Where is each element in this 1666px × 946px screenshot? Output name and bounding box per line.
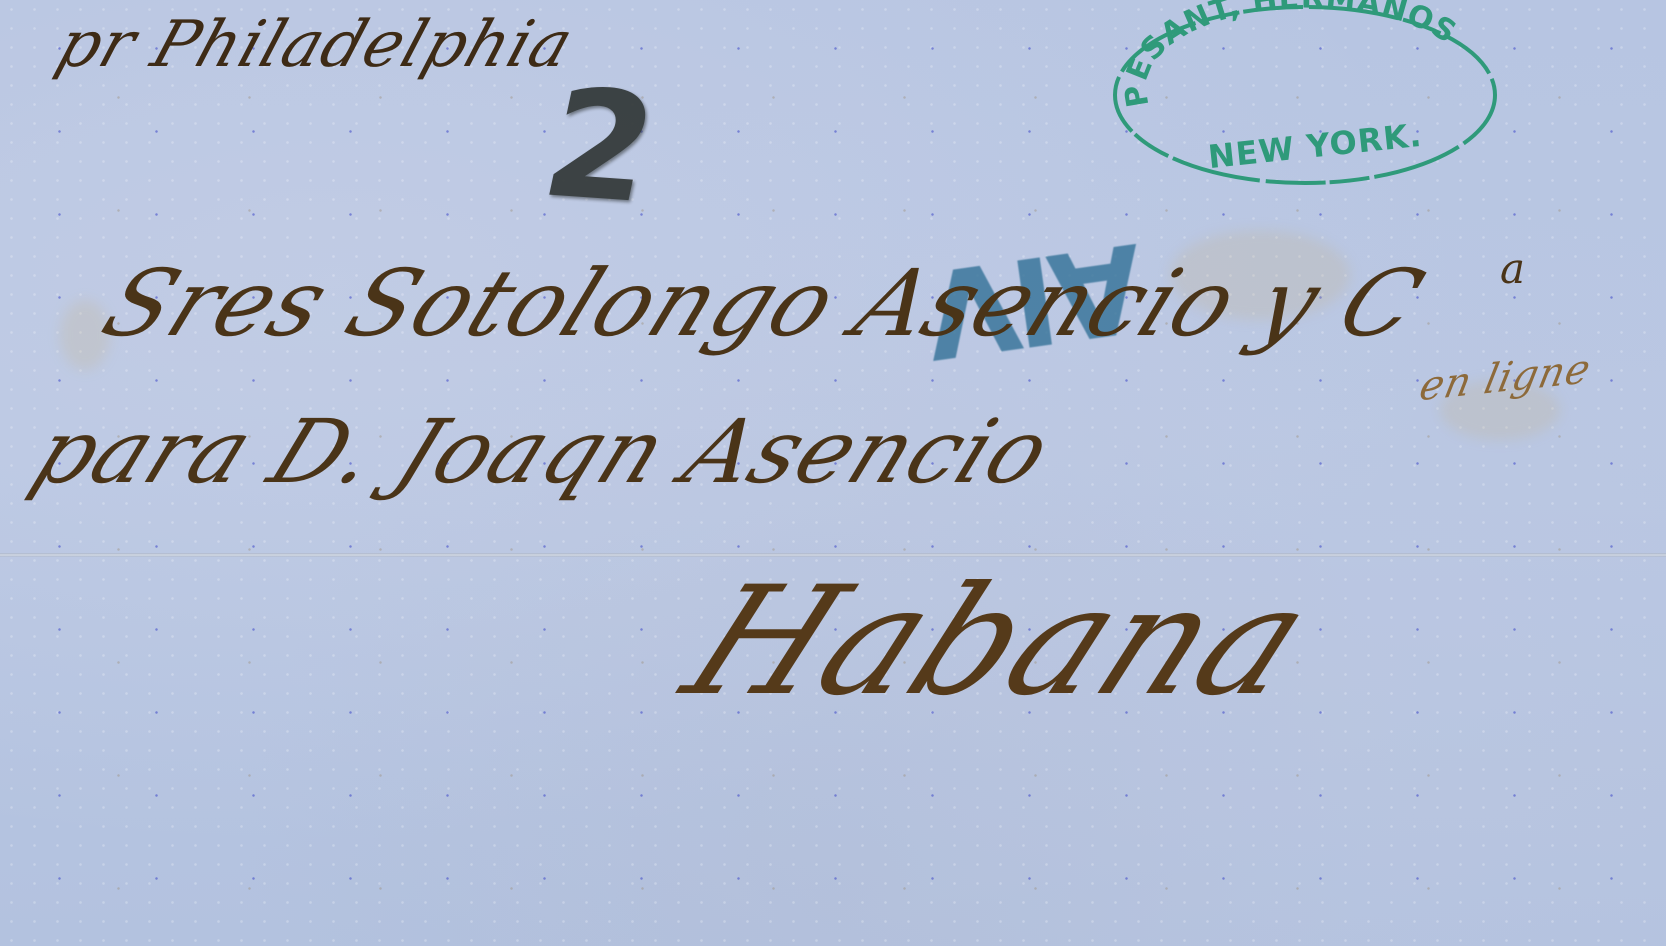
oval-line1: PESANT, HERMANOS xyxy=(1118,0,1463,110)
oval-stamp-icon: PESANT, HERMANOS NEW YORK. xyxy=(1110,0,1500,185)
address-line-1: Sres Sotolongo Asencio y C xyxy=(88,250,1438,357)
address-line-2: para D. Joaqn Asencio xyxy=(19,400,1066,503)
routing-endorsement: pr Philadelphia xyxy=(48,8,582,82)
forwarder-oval-handstamp: PESANT, HERMANOS NEW YORK. xyxy=(1110,0,1500,185)
svg-text:PESANT, HERMANOS: PESANT, HERMANOS xyxy=(1118,0,1463,110)
address-superscript: a xyxy=(1500,244,1525,293)
address-line-3: Habana xyxy=(661,555,1336,729)
oval-line2: NEW YORK. xyxy=(1206,116,1424,176)
letter-cover: pr Philadelphia 2 PESANT, HERMANOS NEW Y… xyxy=(0,0,1666,946)
